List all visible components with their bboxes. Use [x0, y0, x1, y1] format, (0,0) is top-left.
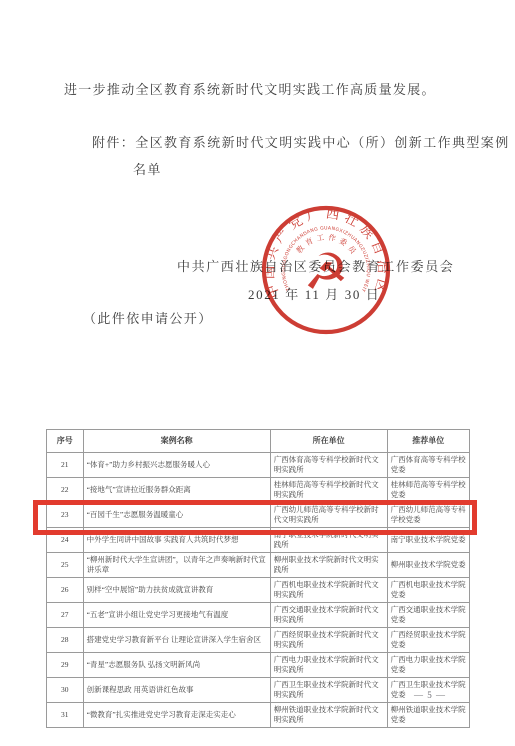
case-list-table: 序号 案例名称 所在单位 推荐单位 21 “体育+”助力乡村振兴志愿服务暖人心 … — [46, 429, 470, 728]
table-row: 26 别样“空中展馆”助力扶贫成就宣讲教育 广西机电职业技术学院新时代文明实践所… — [47, 578, 470, 603]
page-number: — 5 — — [414, 690, 446, 700]
cell-serial: 24 — [47, 528, 84, 553]
body-paragraph: 进一步推动全区教育系统新时代文明实践工作高质量发展。 — [64, 80, 474, 100]
header-recommender: 推荐单位 — [387, 430, 469, 453]
cell-serial: 21 — [47, 453, 84, 478]
cell-case: 别样“空中展馆”助力扶贫成就宣讲教育 — [83, 578, 270, 603]
cell-org: 广西体育高等专科学校新时代文明实践所 — [270, 453, 387, 478]
cell-case: “接地气”宣讲拉近服务群众距离 — [83, 478, 270, 503]
cell-org: 广西幼儿师范高等专科学校新时代文明实践所 — [270, 503, 387, 528]
cell-case: “微教育”扎实推进党史学习教育走深走实走心 — [83, 703, 270, 728]
cell-rec: 桂林师范高等专科学校党委 — [387, 478, 469, 503]
cell-serial: 26 — [47, 578, 84, 603]
cell-org: 广西机电职业技术学院新时代文明实践所 — [270, 578, 387, 603]
cell-rec: 广西交通职业技术学院党委 — [387, 603, 469, 628]
cell-rec: 广西体育高等专科学校党委 — [387, 453, 469, 478]
table-row: 31 “微教育”扎实推进党史学习教育走深走实走心 柳州铁道职业技术学院新时代文明… — [47, 703, 470, 728]
cell-org: 广西电力职业技术学院新时代文明实践所 — [270, 653, 387, 678]
header-serial-number: 序号 — [47, 430, 84, 453]
cell-case: “柳州新时代大学生宣讲团”，以青年之声奏响新时代宣讲乐章 — [83, 553, 270, 578]
cell-serial: 25 — [47, 553, 84, 578]
attachment-title: 全区教育系统新时代文明实践中心（所）创新工作典型案例名单 — [133, 135, 510, 177]
table-row: 30 创新课程思政 用英语讲红色故事 广西卫生职业技术学院新时代文明实践所 广西… — [47, 678, 470, 703]
cell-serial: 27 — [47, 603, 84, 628]
cell-org: 广西交通职业技术学院新时代文明实践所 — [270, 603, 387, 628]
table-row: 21 “体育+”助力乡村振兴志愿服务暖人心 广西体育高等专科学校新时代文明实践所… — [47, 453, 470, 478]
cell-rec: 广西幼儿师范高等专科学校党委 — [387, 503, 469, 528]
table-row-highlighted: 24 中外学生同讲中国故事 实践育人共筑时代梦想 南宁职业技术学院新时代文明实践… — [47, 528, 470, 553]
cell-case: “青星”志愿服务队 弘扬文明新风尚 — [83, 653, 270, 678]
cell-rec: 广西电力职业技术学院党委 — [387, 653, 469, 678]
cell-case: 搭建党史学习教育新平台 让理论宣讲深入学生宿舍区 — [83, 628, 270, 653]
cell-org: 柳州职业技术学院新时代文明实践所 — [270, 553, 387, 578]
attachment-label: 附件： — [92, 135, 135, 150]
hammer-sickle-icon: ☭ — [304, 243, 349, 301]
attachment-line: 附件：全区教育系统新时代文明实践中心（所）创新工作典型案例名单 — [92, 129, 515, 183]
cell-org: 柳州铁道职业技术学院新时代文明实践所 — [270, 703, 387, 728]
cell-rec: 南宁职业技术学院党委 — [387, 528, 469, 553]
cell-rec: 广西经贸职业技术学院党委 — [387, 628, 469, 653]
cell-case: “体育+”助力乡村振兴志愿服务暖人心 — [83, 453, 270, 478]
cell-org: 广西经贸职业技术学院新时代文明实践所 — [270, 628, 387, 653]
cell-serial: 30 — [47, 678, 84, 703]
table-row: 23 “百园千生”志愿服务温暖童心 广西幼儿师范高等专科学校新时代文明实践所 广… — [47, 503, 470, 528]
cell-case: “百园千生”志愿服务温暖童心 — [83, 503, 270, 528]
cell-serial: 31 — [47, 703, 84, 728]
header-case-name: 案例名称 — [83, 430, 270, 453]
table-row: 25 “柳州新时代大学生宣讲团”，以青年之声奏响新时代宣讲乐章 柳州职业技术学院… — [47, 553, 470, 578]
cell-rec: 柳州职业技术学院党委 — [387, 553, 469, 578]
cell-org: 桂林师范高等专科学校新时代文明实践所 — [270, 478, 387, 503]
cell-case: 创新课程思政 用英语讲红色故事 — [83, 678, 270, 703]
header-organization: 所在单位 — [270, 430, 387, 453]
cell-serial: 23 — [47, 503, 84, 528]
cell-rec: 广西机电职业技术学院党委 — [387, 578, 469, 603]
cell-org: 南宁职业技术学院新时代文明实践所 — [270, 528, 387, 553]
table-row: 22 “接地气”宣讲拉近服务群众距离 桂林师范高等专科学校新时代文明实践所 桂林… — [47, 478, 470, 503]
official-seal-stamp: 中国共产党广西壮族自治区委员会 ZHONGGUOGONGCHANDANG GUA… — [253, 198, 399, 344]
table-header-row: 序号 案例名称 所在单位 推荐单位 — [47, 430, 470, 453]
cell-rec: 柳州铁道职业技术学院党委 — [387, 703, 469, 728]
table-row: 27 “五老”宣讲小组让党史学习更接地气有温度 广西交通职业技术学院新时代文明实… — [47, 603, 470, 628]
cell-serial: 29 — [47, 653, 84, 678]
cell-serial: 28 — [47, 628, 84, 653]
disclosure-note: （此件依申请公开） — [83, 308, 213, 327]
cell-case: “五老”宣讲小组让党史学习更接地气有温度 — [83, 603, 270, 628]
cell-case: 中外学生同讲中国故事 实践育人共筑时代梦想 — [83, 528, 270, 553]
cell-serial: 22 — [47, 478, 84, 503]
cell-org: 广西卫生职业技术学院新时代文明实践所 — [270, 678, 387, 703]
table-row: 29 “青星”志愿服务队 弘扬文明新风尚 广西电力职业技术学院新时代文明实践所 … — [47, 653, 470, 678]
table-row: 28 搭建党史学习教育新平台 让理论宣讲深入学生宿舍区 广西经贸职业技术学院新时… — [47, 628, 470, 653]
scanned-document-page: { "document": { "paragraph": "进一步推动全区教育系… — [0, 0, 515, 746]
